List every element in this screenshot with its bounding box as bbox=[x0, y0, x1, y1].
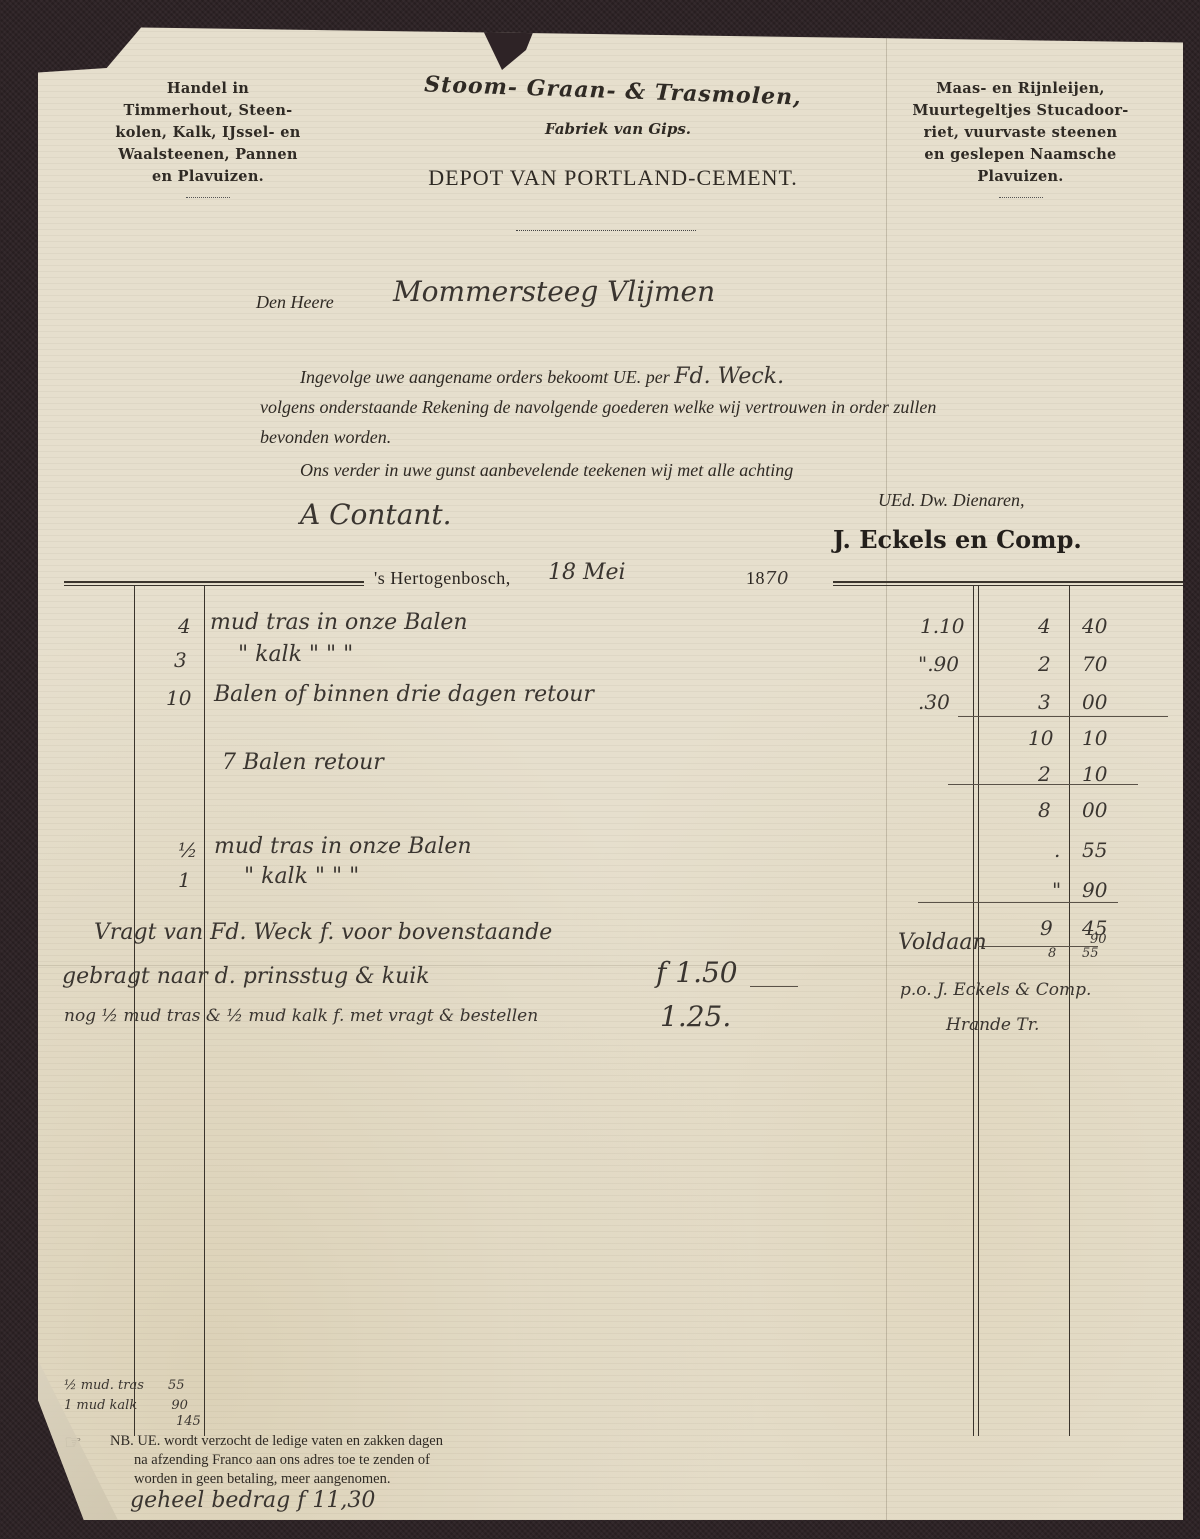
header-left-trade-list: Handel in Timmerhout, Steen- kolen, Kalk… bbox=[98, 78, 318, 198]
header-right-trade-list: Maas- en Rijnleijen, Muurtegeltjes Stuca… bbox=[898, 78, 1143, 198]
freight-note-line-2: gebragt naar d. prinsstug & kuik bbox=[62, 964, 430, 989]
item-qty: 1 bbox=[178, 868, 191, 892]
net-gld: 8 bbox=[1048, 946, 1056, 961]
item-amount-gld: 4 bbox=[1038, 614, 1051, 638]
receipt-signature: Hrande Tr. bbox=[946, 1015, 1039, 1035]
header-title-mill: Stoom- Graan- & Trasmolen, bbox=[383, 70, 844, 112]
item-amount-gld: 10 bbox=[1028, 726, 1053, 750]
column-rule-amount-double bbox=[973, 586, 979, 1436]
header-depot-title: DEPOT VAN PORTLAND-CEMENT. bbox=[378, 165, 848, 191]
dateline-place: 's Hertogenbosch, bbox=[374, 568, 511, 589]
recipient-handwritten: Mommersteeg Vlijmen bbox=[393, 275, 715, 308]
item-qty: 4 bbox=[178, 614, 191, 638]
item-amount-ct: 00 bbox=[1082, 798, 1107, 822]
body-line-1: Ingevolge uwe aangename orders bekoomt U… bbox=[300, 364, 784, 389]
item-amount-gld: 8 bbox=[1038, 798, 1051, 822]
margin-calc-line-2: 1 mud kalk 90 bbox=[64, 1398, 188, 1413]
table-top-rule-right bbox=[833, 581, 1183, 586]
subtotal-rule bbox=[958, 716, 1168, 717]
item-amount-ct: 70 bbox=[1082, 652, 1107, 676]
grand-total-handwritten: geheel bedrag f 11,30 bbox=[130, 1488, 375, 1513]
year-printed: 1870 bbox=[746, 568, 789, 589]
receipt-per-handwritten: p.o. J. Eckels & Comp. bbox=[900, 980, 1091, 1000]
torn-edge bbox=[478, 20, 538, 70]
margin-calc-total: 145 bbox=[176, 1414, 201, 1429]
item-description: " kalk " " " bbox=[244, 864, 359, 889]
header-subtitle-gips: Fabriek van Gips. bbox=[458, 120, 778, 138]
freight-amount-1: f 1.50 bbox=[656, 956, 738, 989]
table-top-rule-left bbox=[64, 581, 364, 586]
address-label: Den Heere bbox=[256, 292, 334, 313]
item-amount-ct: 55 bbox=[1082, 838, 1107, 862]
deduction-ct: 90 bbox=[1090, 932, 1107, 947]
net-ct: 55 bbox=[1082, 946, 1099, 961]
payment-note-handwritten: A Contant. bbox=[300, 498, 452, 531]
item-amount-ct: 10 bbox=[1082, 762, 1107, 786]
ornament-rule bbox=[186, 194, 230, 198]
freight-note-line-1: Vragt van Fd. Weck f. voor bovenstaande bbox=[94, 920, 552, 945]
footer-nb-note: NB. UE. wordt verzocht de ledige vaten e… bbox=[110, 1432, 490, 1489]
item-description: mud tras in onze Balen bbox=[210, 610, 468, 635]
item-qty: 10 bbox=[166, 686, 191, 710]
item-amount-gld: 9 bbox=[1040, 916, 1053, 940]
item-qty: 3 bbox=[174, 648, 187, 672]
item-amount-ct: 90 bbox=[1082, 878, 1107, 902]
item-amount-ct: 00 bbox=[1082, 690, 1107, 714]
ornament-rule bbox=[999, 194, 1043, 198]
signoff-servants: UEd. Dw. Dienaren, bbox=[878, 490, 1024, 511]
item-unit-price: .30 bbox=[918, 690, 950, 714]
item-description: " kalk " " " bbox=[238, 642, 353, 667]
total-rule bbox=[918, 902, 1118, 903]
date-handwritten: 18 Mei bbox=[548, 560, 626, 585]
item-amount-ct: 10 bbox=[1082, 726, 1107, 750]
item-qty: ½ bbox=[178, 838, 197, 862]
margin-calc-line-1: ½ mud. tras 55 bbox=[64, 1378, 185, 1393]
body-line-3: bevonden worden. bbox=[260, 427, 391, 448]
freight-note-line-3: nog ½ mud tras & ½ mud kalk f. met vragt… bbox=[64, 1006, 538, 1026]
item-amount-gld: 2 bbox=[1038, 762, 1051, 786]
item-unit-price: ".90 bbox=[918, 652, 959, 676]
paid-note-handwritten: Voldaan bbox=[898, 930, 987, 955]
item-amount-gld: 2 bbox=[1038, 652, 1051, 676]
body-line-2: volgens onderstaande Rekening de navolge… bbox=[260, 397, 936, 418]
firm-name: J. Eckels en Comp. bbox=[833, 525, 1082, 554]
item-amount-gld: " bbox=[1052, 878, 1061, 902]
column-rule-cents bbox=[1069, 586, 1070, 1436]
subtotal-rule bbox=[948, 784, 1138, 785]
item-description: mud tras in onze Balen bbox=[214, 834, 472, 859]
ornament-rule bbox=[516, 228, 696, 231]
item-amount-gld: . bbox=[1054, 838, 1060, 862]
item-description: Balen of binnen drie dagen retour bbox=[214, 682, 594, 707]
fold-crease-vertical bbox=[886, 20, 887, 1520]
body-line-4: Ons verder in uwe gunst aanbevelende tee… bbox=[300, 460, 793, 481]
net-rule bbox=[978, 946, 1098, 947]
invoice-paper: Handel in Timmerhout, Steen- kolen, Kalk… bbox=[38, 20, 1183, 1520]
freight-amount-rule bbox=[750, 986, 798, 987]
item-description: 7 Balen retour bbox=[222, 750, 384, 775]
item-amount-ct: 40 bbox=[1082, 614, 1107, 638]
item-unit-price: 1.10 bbox=[920, 614, 965, 638]
item-amount-gld: 3 bbox=[1038, 690, 1051, 714]
freight-amount-2: 1.25. bbox=[660, 1000, 731, 1033]
carrier-handwritten: Fd. Weck. bbox=[674, 364, 784, 389]
